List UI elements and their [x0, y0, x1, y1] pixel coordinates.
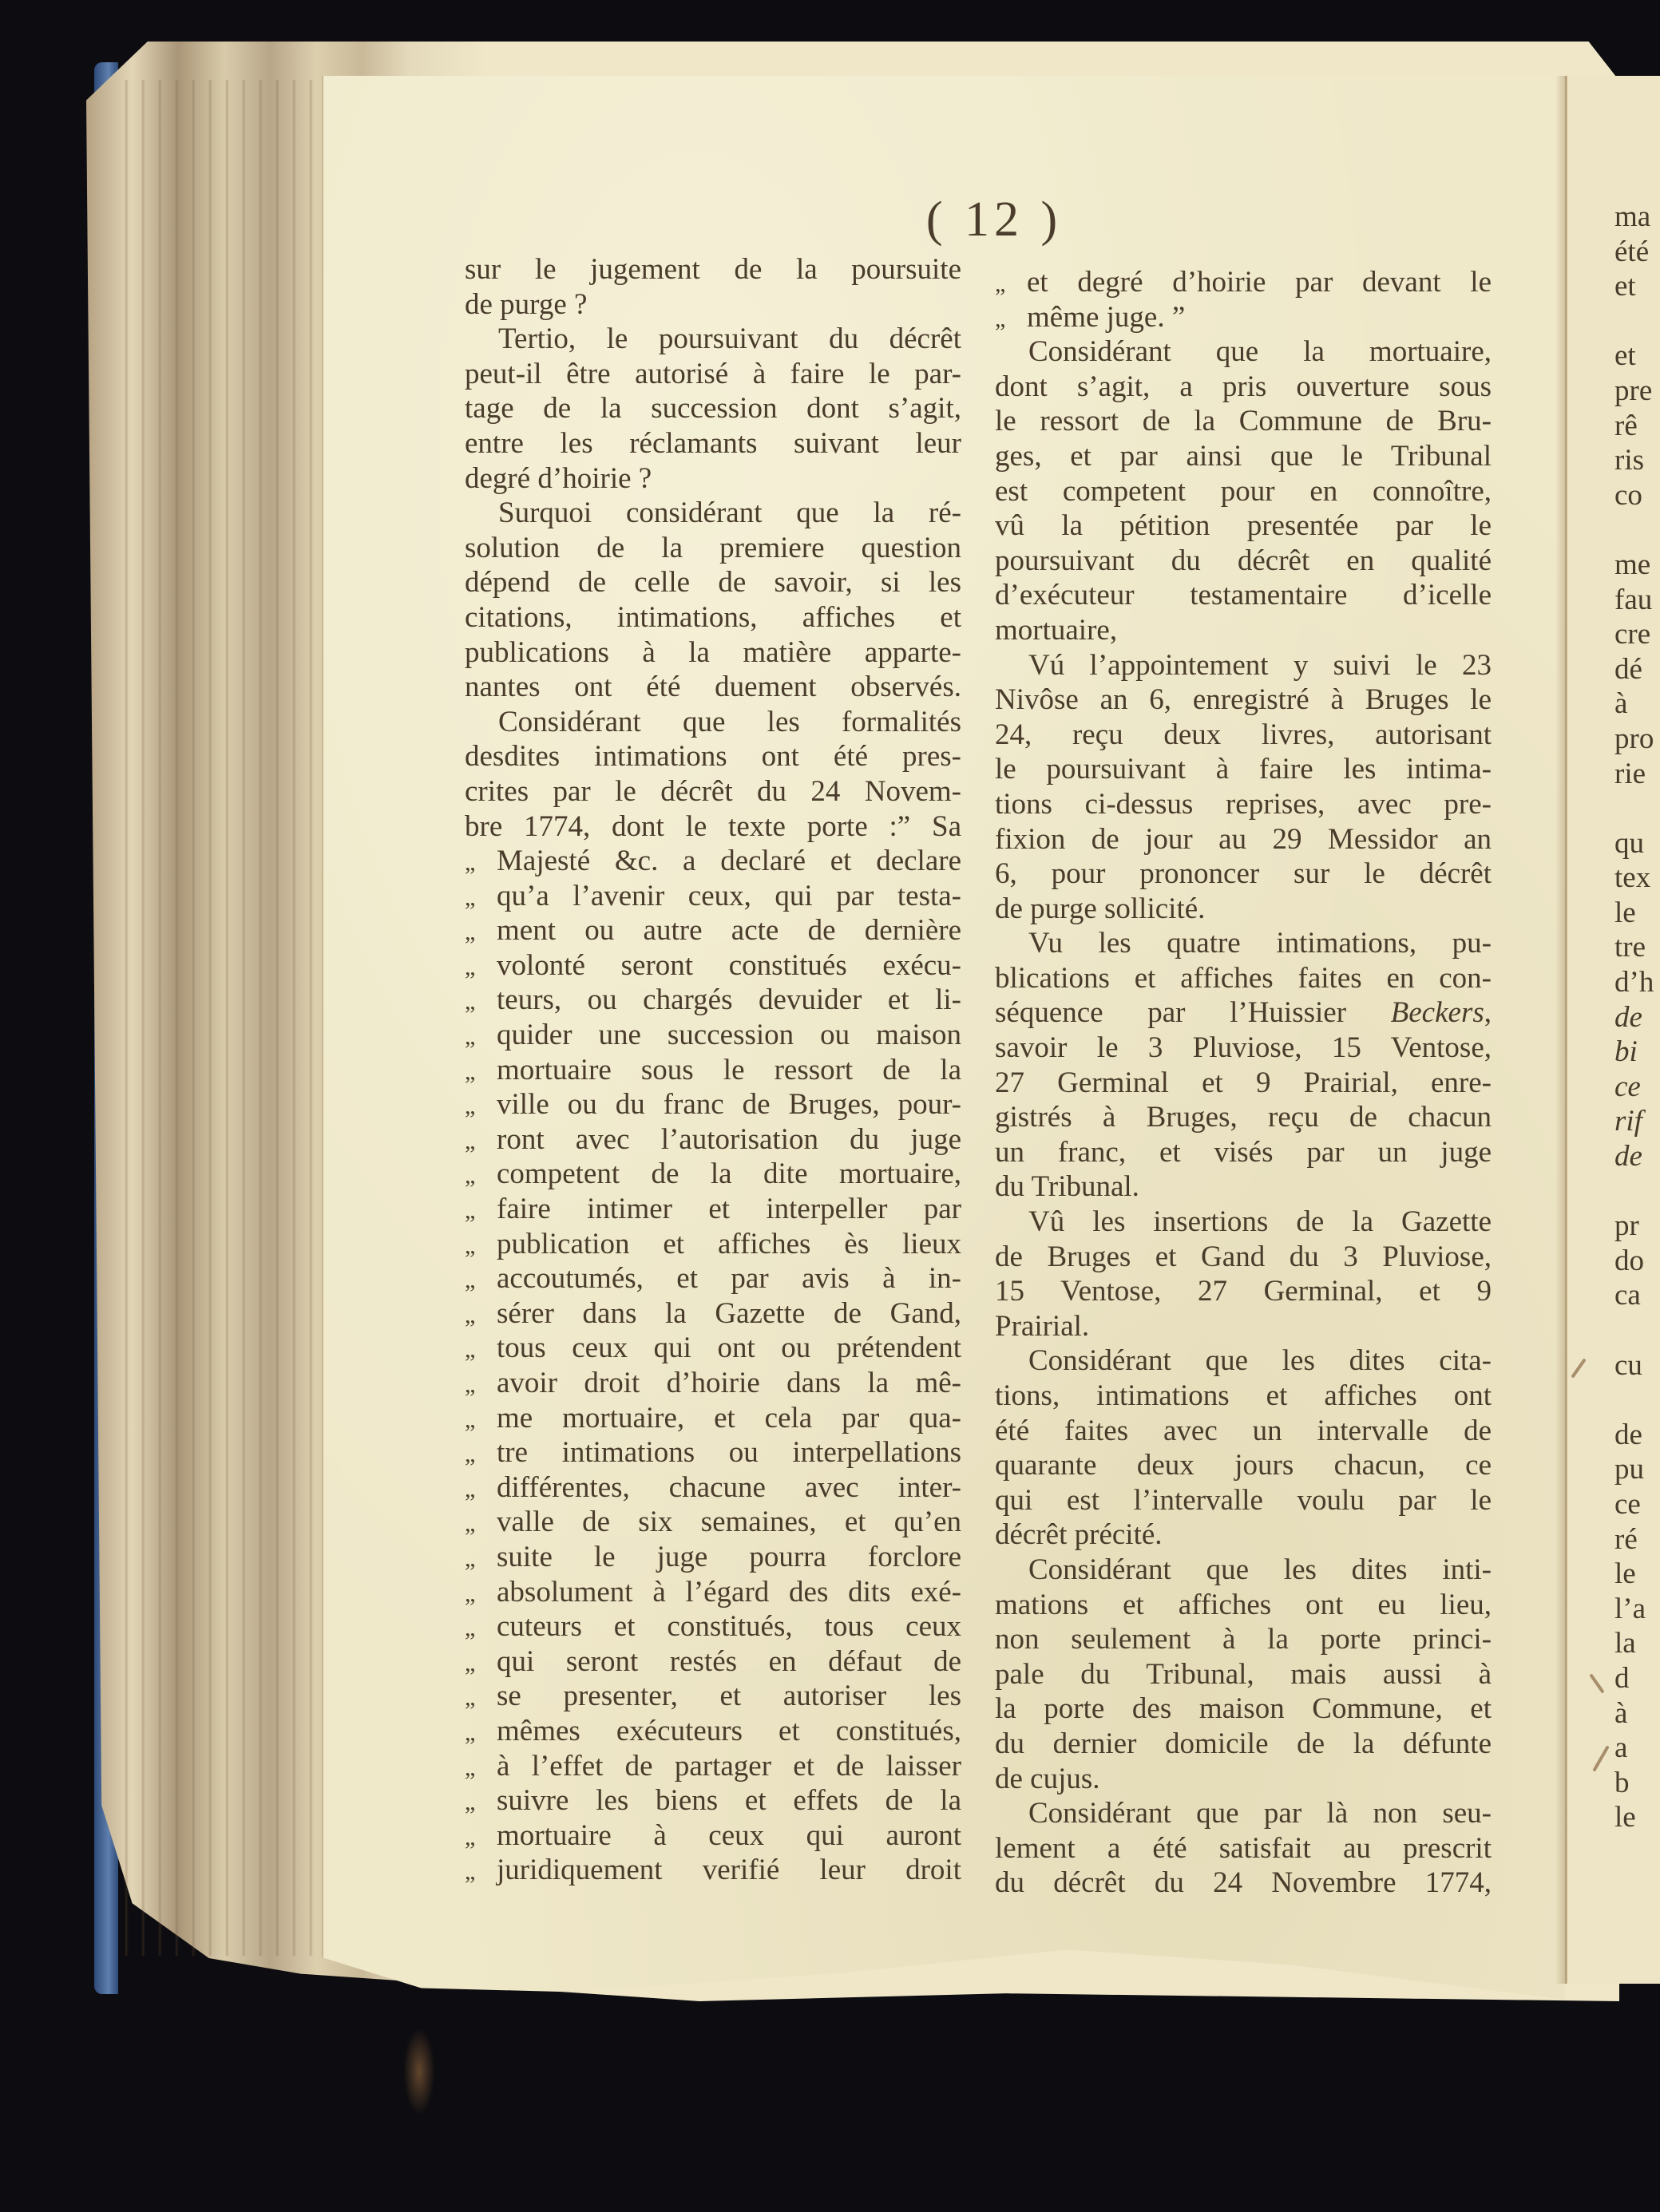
text-line: „cuteurs et constitués, tous ceux: [465, 1609, 961, 1644]
facing-page-fragment: [1614, 1174, 1660, 1209]
text-line: la porte des maison Commune, et: [995, 1692, 1492, 1727]
text-line: ges, et par ainsi que le Tribunal: [995, 439, 1492, 474]
line-text: publication et affiches ès lieux: [497, 1228, 961, 1260]
line-text: faire intimer et interpeller par: [497, 1193, 961, 1225]
line-text: Surquoi considérant que la ré-: [498, 497, 961, 529]
line-text: Vu les quatre intimations, pu-: [1028, 927, 1492, 960]
line-text: tre intimations ou interpellations: [497, 1436, 961, 1469]
text-line: d’exécuteur testamentaire d’icelle: [995, 578, 1492, 613]
text-line: Considérant que par là non seu-: [995, 1796, 1492, 1831]
facing-page-fragment: [1614, 512, 1660, 548]
text-line: Considérant que les dites cita-: [995, 1343, 1492, 1379]
line-text: à l’effet de partager et de laisser: [497, 1750, 961, 1783]
text-line: „suivre les biens et effets de la: [465, 1783, 961, 1818]
text-line: „Majesté &c. a declaré et declare: [465, 844, 961, 879]
italic-name: Beckers: [1391, 996, 1484, 1029]
line-text: même juge. ”: [1027, 301, 1185, 334]
facing-page-fragment: ce: [1614, 1070, 1660, 1105]
text-line: Prairial.: [995, 1309, 1492, 1344]
line-text: décrêt précité.: [995, 1518, 1163, 1551]
text-line: Considérant que les formalités: [465, 705, 961, 740]
facing-page-fragment: de: [1614, 1418, 1660, 1453]
text-line: „juridiquement verifié leur droit: [465, 1853, 961, 1888]
line-text: ment ou autre acte de dernière: [497, 914, 961, 947]
line-text: différentes, chacune avec inter-: [497, 1471, 961, 1504]
facing-page-fragment: pu: [1614, 1452, 1660, 1487]
line-text: quarante deux jours chacun, ce: [995, 1449, 1492, 1482]
line-text: accoutumés, et par avis à in-: [497, 1262, 961, 1295]
facing-page-fragment: ré: [1614, 1522, 1660, 1557]
line-text: Considérant que les dites inti-: [1028, 1553, 1492, 1586]
line-text: Considérant que les dites cita-: [1028, 1344, 1492, 1377]
text-line: „sérer dans la Gazette de Gand,: [465, 1296, 961, 1332]
facing-page-fragment: fau: [1614, 583, 1660, 618]
line-text: ront avec l’autorisation du juge: [497, 1123, 961, 1156]
facing-page-fragment: rif: [1614, 1104, 1660, 1139]
left-text-column: sur le jugement de la poursuitede purge …: [465, 252, 961, 1888]
line-text: Considérant que les formalités: [498, 706, 961, 738]
text-line: un franc, et visés par un juge: [995, 1135, 1492, 1170]
line-text: desdites intimations ont été pres-: [465, 740, 961, 773]
line-text: solution de la premiere question: [465, 532, 961, 564]
text-line: „qui seront restés en défaut de: [465, 1644, 961, 1680]
text-line: „différentes, chacune avec inter-: [465, 1470, 961, 1506]
quote-mark: „: [465, 1193, 497, 1229]
line-text: degré d’hoirie ?: [465, 462, 652, 495]
line-text: mortuaire à ceux qui auront: [497, 1819, 961, 1852]
text-line: „quider une succession ou maison: [465, 1018, 961, 1053]
quote-mark: „: [465, 1541, 497, 1577]
facing-page-fragment: été: [1614, 235, 1660, 270]
facing-page-fragment: d’h: [1614, 965, 1660, 1000]
quote-mark: „: [465, 1019, 497, 1055]
facing-page-fragment: dé: [1614, 652, 1660, 687]
quote-mark: „: [465, 1055, 497, 1090]
facing-page-text: maétéet etprerêrisco mefaucredéàprorie q…: [1614, 200, 1660, 1835]
line-text: lement a été satisfait au prescrit: [995, 1832, 1492, 1865]
line-text: 24, reçu deux livres, autorisant: [995, 718, 1492, 751]
quote-mark: „: [465, 1298, 497, 1333]
line-text: mortuaire sous le ressort de la: [497, 1054, 961, 1086]
facing-page-fragment: [1614, 1313, 1660, 1348]
text-line: degré d’hoirie ?: [465, 461, 961, 497]
quote-mark: „: [465, 1680, 497, 1715]
text-line: „ville ou du franc de Bruges, pour-: [465, 1087, 961, 1122]
text-line: de Bruges et Gand du 3 Pluviose,: [995, 1240, 1492, 1275]
quote-mark: „: [465, 1158, 497, 1193]
text-line: „mortuaire sous le ressort de la: [465, 1053, 961, 1088]
facing-page-fragment: tre: [1614, 930, 1660, 965]
facing-page-fragment: pro: [1614, 722, 1660, 757]
line-text: qui est l’intervalle voulu par le: [995, 1484, 1492, 1517]
facing-page-fragment: bi: [1614, 1035, 1660, 1070]
quote-mark: „: [465, 1229, 497, 1264]
facing-page-fragment: cre: [1614, 617, 1660, 652]
text-line: séquence par l’Huissier Beckers,: [995, 995, 1492, 1031]
line-text: dont s’agit, a pris ouverture sous: [995, 370, 1492, 403]
text-line: Vu les quatre intimations, pu-: [995, 926, 1492, 961]
quote-mark: „: [465, 1611, 497, 1646]
line-text: entre les réclamants suivant leur: [465, 427, 961, 460]
text-line: du décrêt du 24 Novembre 1774,: [995, 1866, 1492, 1901]
line-text: Vû les insertions de la Gazette: [1028, 1205, 1492, 1238]
text-line: „teurs, ou chargés devuider et li-: [465, 983, 961, 1018]
facing-page-fragment: de: [1614, 1000, 1660, 1035]
text-line: tions ci-dessus reprises, avec pre-: [995, 787, 1492, 822]
line-text: de purge ?: [465, 288, 587, 321]
facing-page-fragment: tex: [1614, 861, 1660, 896]
line-text: suivre les biens et effets de la: [497, 1784, 961, 1817]
line-text: 6, pour prononcer sur le décrêt: [995, 857, 1492, 890]
line-text: cuteurs et constitués, tous ceux: [497, 1610, 961, 1643]
line-text: d’exécuteur testamentaire d’icelle: [995, 579, 1492, 611]
quote-mark: „: [995, 267, 1027, 302]
facing-page-fragment: do: [1614, 1244, 1660, 1279]
text-line: citations, intimations, affiches et: [465, 600, 961, 635]
line-text: un franc, et visés par un juge: [995, 1136, 1492, 1169]
text-line: „qu’a l’avenir ceux, qui par testa-: [465, 879, 961, 914]
text-line: publications à la matière apparte-: [465, 635, 961, 671]
facing-page-fragment: [1614, 1383, 1660, 1418]
line-text: Considérant que la mortuaire,: [1028, 335, 1492, 368]
line-text: fixion de jour au 29 Messidor an: [995, 823, 1492, 856]
text-line: Tertio, le poursuivant du décrêt: [465, 322, 961, 357]
line-text: du dernier domicile de la défunte: [995, 1727, 1492, 1760]
line-text: de purge sollicité.: [995, 892, 1205, 925]
facing-page-fragment: de: [1614, 1139, 1660, 1174]
text-line: „valle de six semaines, et qu’en: [465, 1505, 961, 1540]
text-line: décrêt précité.: [995, 1518, 1492, 1553]
quote-mark: „: [465, 984, 497, 1019]
text-line: lement a été satisfait au prescrit: [995, 1831, 1492, 1866]
quote-mark: „: [465, 1332, 497, 1367]
line-text: crites par le décrêt du 24 Novem-: [465, 775, 961, 808]
text-line: savoir le 3 Pluviose, 15 Ventose,: [995, 1031, 1492, 1066]
text-line: mortuaire,: [995, 613, 1492, 648]
quote-mark: „: [465, 1263, 497, 1298]
line-text: tous ceux qui ont ou prétendent: [497, 1332, 961, 1364]
quote-mark: „: [465, 1577, 497, 1612]
facing-page-fragment: à: [1614, 687, 1660, 722]
line-text: séquence par l’Huissier Beckers,: [995, 996, 1492, 1029]
line-text: ville ou du franc de Bruges, pour-: [497, 1088, 961, 1121]
text-line: „mêmes exécuteurs et constitués,: [465, 1714, 961, 1749]
facing-page-fragment: l’a: [1614, 1592, 1660, 1627]
line-text: été faites avec un intervalle de: [995, 1415, 1492, 1447]
quote-mark: „: [465, 1646, 497, 1681]
text-line: „mortuaire à ceux qui auront: [465, 1818, 961, 1854]
text-line: „volonté seront constitués exécu-: [465, 948, 961, 983]
text-line: bre 1774, dont le texte porte :” Sa: [465, 809, 961, 845]
line-text: citations, intimations, affiches et: [465, 601, 961, 634]
line-text: volonté seront constitués exécu-: [497, 949, 961, 982]
facing-page-fragment: la: [1614, 1626, 1660, 1661]
facing-page-fragment: le: [1614, 896, 1660, 931]
line-text: nantes ont été duement observés.: [465, 671, 961, 703]
facing-page-fragment: qu: [1614, 826, 1660, 861]
text-line: Vû les insertions de la Gazette: [995, 1205, 1492, 1240]
line-text: quider une succession ou maison: [497, 1019, 961, 1051]
quote-mark: „: [465, 880, 497, 916]
facing-page-fragment: rie: [1614, 757, 1660, 792]
line-text: competent de la dite mortuaire,: [497, 1157, 961, 1190]
text-line: „absolument à l’égard des dits exé-: [465, 1575, 961, 1610]
quote-mark: „: [465, 950, 497, 985]
text-line: Surquoi considérant que la ré-: [465, 496, 961, 531]
text-line: Nivôse an 6, enregistré à Bruges le: [995, 683, 1492, 718]
quote-mark: „: [465, 1367, 497, 1403]
text-line: „me mortuaire, et cela par qua-: [465, 1401, 961, 1436]
quote-mark: „: [465, 1403, 497, 1438]
facing-page-fragment: cu: [1614, 1348, 1660, 1383]
text-line: „avoir droit d’hoirie dans la mê-: [465, 1366, 961, 1401]
text-line: 27 Germinal et 9 Prairial, enre-: [995, 1066, 1492, 1101]
line-text: 27 Germinal et 9 Prairial, enre-: [995, 1066, 1492, 1099]
text-line: solution de la premiere question: [465, 531, 961, 566]
line-text: le poursuivant à faire les intima-: [995, 753, 1492, 785]
line-text: du Tribunal.: [995, 1170, 1139, 1203]
line-text: dépend de celle de savoir, si les: [465, 566, 961, 599]
text-line: le poursuivant à faire les intima-: [995, 752, 1492, 787]
facing-page-fragment: a: [1614, 1731, 1660, 1766]
facing-page-fragment: me: [1614, 548, 1660, 583]
line-text: qu’a l’avenir ceux, qui par testa-: [497, 880, 961, 912]
line-text: tions, intimations et affiches ont: [995, 1379, 1492, 1412]
line-text: Prairial.: [995, 1310, 1089, 1343]
text-line: „même juge. ”: [995, 300, 1492, 335]
line-text: poursuivant du décrêt en qualité: [995, 544, 1492, 577]
text-line: crites par le décrêt du 24 Novem-: [465, 774, 961, 809]
text-line: de purge sollicité.: [995, 892, 1492, 927]
line-text: Vú l’appointement y suivi le 23: [1028, 649, 1492, 682]
line-text: mêmes exécuteurs et constitués,: [497, 1715, 961, 1747]
line-text: mations et affiches ont eu lieu,: [995, 1589, 1492, 1621]
line-text: se presenter, et autoriser les: [497, 1680, 961, 1712]
page-number: ( 12 ): [902, 192, 1086, 248]
quote-mark: „: [465, 1854, 497, 1889]
line-text: tions ci-dessus reprises, avec pre-: [995, 788, 1492, 821]
text-line: de purge ?: [465, 287, 961, 323]
text-line: poursuivant du décrêt en qualité: [995, 544, 1492, 579]
line-text: me mortuaire, et cela par qua-: [497, 1402, 961, 1434]
text-line: „ment ou autre acte de dernière: [465, 913, 961, 948]
page-edges: [112, 80, 319, 1956]
line-text: de Bruges et Gand du 3 Pluviose,: [995, 1241, 1492, 1273]
line-text: le ressort de la Commune de Bru-: [995, 405, 1492, 437]
text-line: „tre intimations ou interpellations: [465, 1435, 961, 1470]
text-line: non seulement à la porte princi-: [995, 1622, 1492, 1657]
facing-page-fragment: pre: [1614, 374, 1660, 409]
text-line: dont s’agit, a pris ouverture sous: [995, 370, 1492, 405]
facing-page-fragment: à: [1614, 1696, 1660, 1731]
text-line: fixion de jour au 29 Messidor an: [995, 822, 1492, 857]
line-text: valle de six semaines, et qu’en: [497, 1506, 961, 1538]
text-line: nantes ont été duement observés.: [465, 670, 961, 705]
line-text: pale du Tribunal, mais aussi à: [995, 1658, 1492, 1691]
line-text: Majesté &c. a declaré et declare: [497, 845, 961, 877]
facing-page-fragment: [1614, 791, 1660, 826]
facing-page-fragment: ca: [1614, 1278, 1660, 1313]
gutter: [1555, 76, 1567, 1984]
text-line: Considérant que la mortuaire,: [995, 334, 1492, 370]
text-line: 24, reçu deux livres, autorisant: [995, 718, 1492, 753]
line-text: absolument à l’égard des dits exé-: [497, 1576, 961, 1609]
text-line: peut-il être autorisé à faire le par-: [465, 357, 961, 392]
line-text: et degré d’hoirie par devant le: [1027, 266, 1492, 299]
text-line: Vú l’appointement y suivi le 23: [995, 648, 1492, 683]
line-text: suite le juge pourra forclore: [497, 1541, 961, 1573]
facing-page-fragment: b: [1614, 1766, 1660, 1801]
text-line: du dernier domicile de la défunte: [995, 1727, 1492, 1762]
line-text: qui seront restés en défaut de: [497, 1645, 961, 1678]
text-line: „accoutumés, et par avis à in-: [465, 1261, 961, 1296]
line-text: Nivôse an 6, enregistré à Bruges le: [995, 683, 1492, 716]
quote-mark: „: [465, 1472, 497, 1507]
line-text: sérer dans la Gazette de Gand,: [497, 1297, 961, 1330]
facing-page-fragment: le: [1614, 1557, 1660, 1592]
text-line: du Tribunal.: [995, 1169, 1492, 1205]
facing-page-fragment: d: [1614, 1661, 1660, 1696]
line-text: est competent pour en connoître,: [995, 475, 1492, 508]
quote-mark: „: [995, 302, 1027, 337]
text-line: desdites intimations ont été pres-: [465, 739, 961, 774]
line-text: avoir droit d’hoirie dans la mê-: [497, 1367, 961, 1399]
line-text: teurs, ou chargés devuider et li-: [497, 983, 961, 1016]
quote-mark: „: [465, 1437, 497, 1472]
text-line: „publication et affiches ès lieux: [465, 1227, 961, 1262]
text-line: le ressort de la Commune de Bru-: [995, 404, 1492, 439]
line-text: ges, et par ainsi que le Tribunal: [995, 440, 1492, 473]
text-line: vû la pétition presentée par le: [995, 508, 1492, 544]
text-line: Considérant que les dites inti-: [995, 1553, 1492, 1588]
facing-page-fragment: [1614, 304, 1660, 339]
facing-page-fragment: co: [1614, 478, 1660, 513]
line-text: mortuaire,: [995, 614, 1117, 647]
line-text: gistrés à Bruges, reçu de chacun: [995, 1101, 1492, 1134]
line-text: juridiquement verifié leur droit: [497, 1854, 961, 1886]
text-line: mations et affiches ont eu lieu,: [995, 1588, 1492, 1623]
line-text: Tertio, le poursuivant du décrêt: [498, 323, 961, 355]
text-line: gistrés à Bruges, reçu de chacun: [995, 1100, 1492, 1135]
text-line: sur le jugement de la poursuite: [465, 252, 961, 287]
line-text: vû la pétition presentée par le: [995, 509, 1492, 542]
line-text: bre 1774, dont le texte porte :” Sa: [465, 810, 961, 843]
text-line: blications et affiches faites en con-: [995, 961, 1492, 996]
line-text: 15 Ventose, 27 Germinal, et 9: [995, 1275, 1492, 1308]
text-line: „competent de la dite mortuaire,: [465, 1157, 961, 1192]
quote-mark: „: [465, 1715, 497, 1751]
quote-mark: „: [465, 1785, 497, 1820]
text-line: quarante deux jours chacun, ce: [995, 1448, 1492, 1483]
line-text: de cujus.: [995, 1763, 1100, 1795]
right-text-column: „et degré d’hoirie par devant le„même ju…: [995, 265, 1492, 1901]
facing-page-fragment: rê: [1614, 409, 1660, 444]
line-text: sur le jugement de la poursuite: [465, 253, 961, 286]
facing-page-fragment: ris: [1614, 443, 1660, 478]
line-text: savoir le 3 Pluviose, 15 Ventose,: [995, 1031, 1492, 1064]
text-line: dépend de celle de savoir, si les: [465, 565, 961, 600]
text-line: 15 Ventose, 27 Germinal, et 9: [995, 1274, 1492, 1309]
text-line: de cujus.: [995, 1762, 1492, 1797]
line-text: Considérant que par là non seu-: [1028, 1797, 1492, 1830]
line-text: publications à la matière apparte-: [465, 636, 961, 669]
text-line: „suite le juge pourra forclore: [465, 1540, 961, 1575]
facing-page-fragment: et: [1614, 269, 1660, 304]
text-line: pale du Tribunal, mais aussi à: [995, 1657, 1492, 1692]
facing-page-fragment: ce: [1614, 1487, 1660, 1522]
quote-mark: „: [465, 1751, 497, 1786]
text-line: tage de la succession dont s’agit,: [465, 391, 961, 426]
text-line: 6, pour prononcer sur le décrêt: [995, 857, 1492, 892]
text-line: „ront avec l’autorisation du juge: [465, 1122, 961, 1157]
facing-page-fragment: pr: [1614, 1209, 1660, 1244]
text-line: entre les réclamants suivant leur: [465, 426, 961, 461]
quote-mark: „: [465, 845, 497, 880]
quote-mark: „: [465, 1089, 497, 1124]
text-line: „faire intimer et interpeller par: [465, 1192, 961, 1227]
text-line: „tous ceux qui ont ou prétendent: [465, 1331, 961, 1366]
text-line: est competent pour en connoître,: [995, 474, 1492, 509]
line-text: la porte des maison Commune, et: [995, 1692, 1492, 1725]
text-line: été faites avec un intervalle de: [995, 1414, 1492, 1449]
facing-page-fragment: le: [1614, 1800, 1660, 1835]
facing-page-fragment: ma: [1614, 200, 1660, 235]
quote-mark: „: [465, 915, 497, 950]
text-line: „se presenter, et autoriser les: [465, 1679, 961, 1714]
line-text: peut-il être autorisé à faire le par-: [465, 358, 961, 390]
facing-page-fragment: et: [1614, 338, 1660, 374]
line-text: non seulement à la porte princi-: [995, 1623, 1492, 1656]
quote-mark: „: [465, 1506, 497, 1541]
quote-mark: „: [465, 1820, 497, 1855]
text-line: „à l’effet de partager et de laisser: [465, 1749, 961, 1784]
text-line: „et degré d’hoirie par devant le: [995, 265, 1492, 300]
text-line: qui est l’intervalle voulu par le: [995, 1483, 1492, 1518]
line-text: blications et affiches faites en con-: [995, 962, 1492, 995]
text-line: tions, intimations et affiches ont: [995, 1379, 1492, 1414]
quote-mark: „: [465, 1124, 497, 1159]
line-text: tage de la succession dont s’agit,: [465, 392, 961, 425]
line-text: du décrêt du 24 Novembre 1774,: [995, 1866, 1492, 1899]
paper-stain: [403, 2028, 435, 2115]
